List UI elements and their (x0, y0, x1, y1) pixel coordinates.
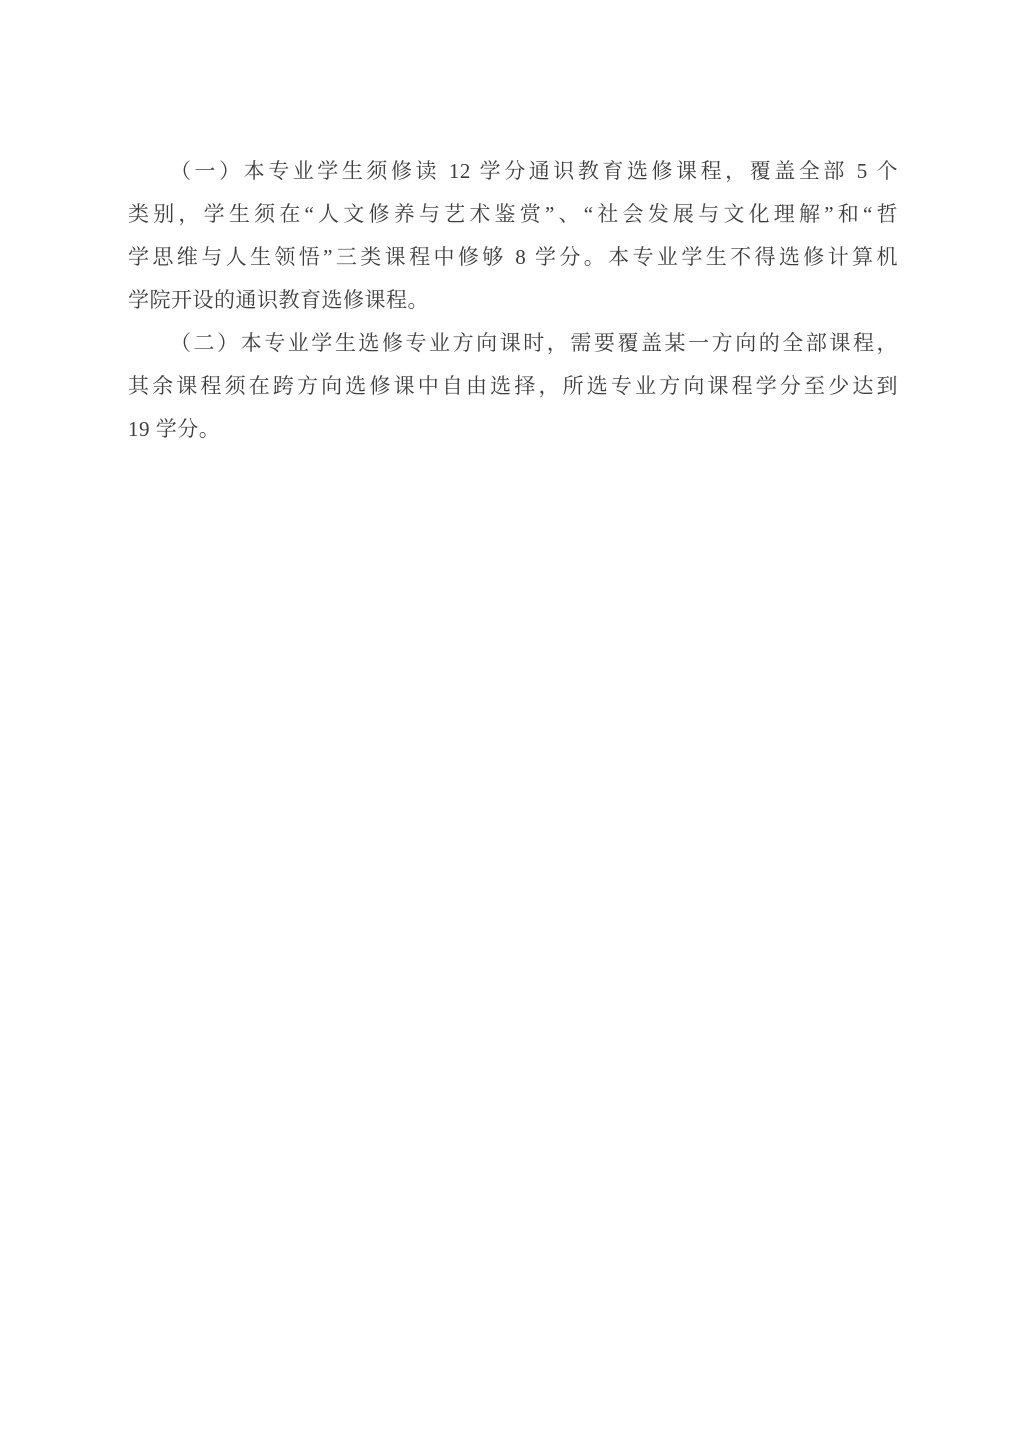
paragraph-2-line-3: 19 学分。 (128, 408, 898, 451)
document-page: （一）本专业学生须修读 12 学分通识教育选修课程，覆盖全部 5 个 类别，学生… (0, 0, 1024, 1448)
paragraph-2-line-2: 其余课程须在跨方向选修课中自由选择，所选专业方向课程学分至少达到 (128, 365, 898, 408)
paragraph-2-line-1: （二）本专业学生选修专业方向课时，需要覆盖某一方向的全部课程， (128, 322, 898, 365)
paragraph-1-line-2: 类别，学生须在“人文修养与艺术鉴赏”、“社会发展与文化理解”和“哲 (128, 193, 898, 236)
text-block: （一）本专业学生须修读 12 学分通识教育选修课程，覆盖全部 5 个 类别，学生… (128, 150, 898, 451)
paragraph-1-line-3: 学思维与人生领悟”三类课程中修够 8 学分。本专业学生不得选修计算机 (128, 236, 898, 279)
paragraph-1-line-1: （一）本专业学生须修读 12 学分通识教育选修课程，覆盖全部 5 个 (128, 150, 898, 193)
paragraph-1-line-4: 学院开设的通识教育选修课程。 (128, 279, 898, 322)
